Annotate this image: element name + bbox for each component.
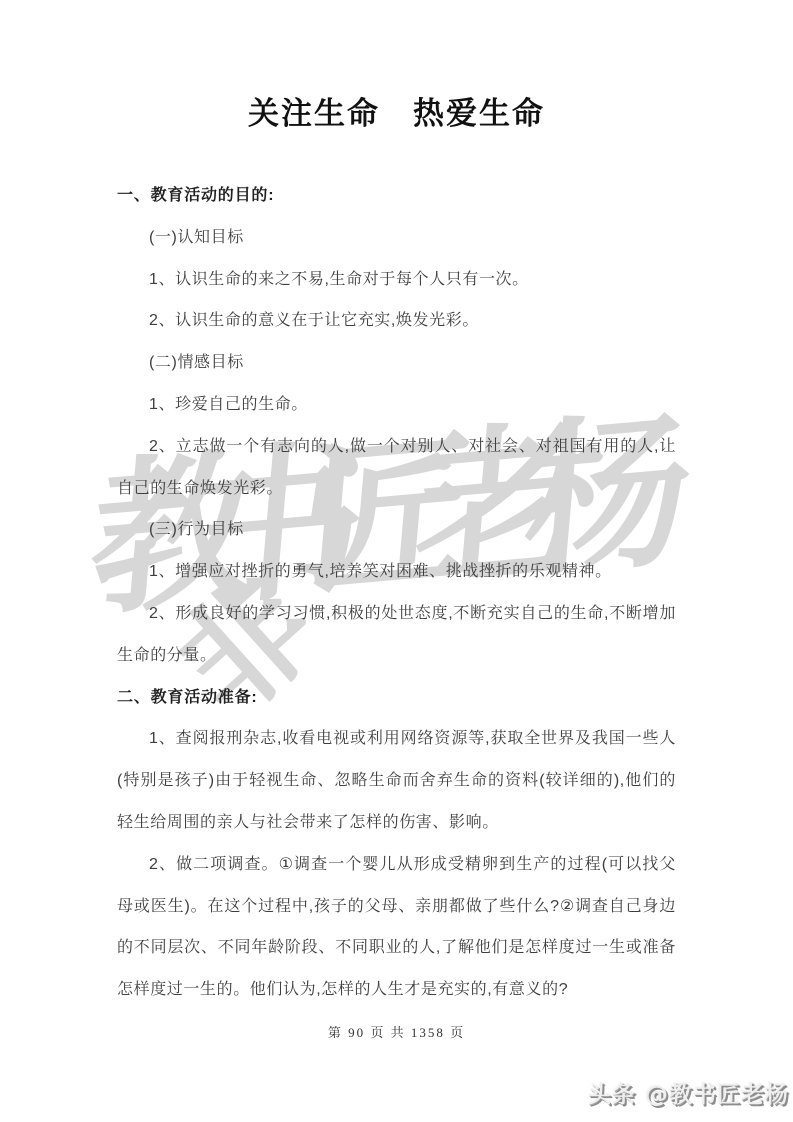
paragraph: 1、珍爱自己的生命。 [117,384,676,426]
paragraph: 2、认识生命的意义在于让它充实,焕发光彩。 [117,300,676,342]
paragraph: (三)行为目标 [117,509,676,551]
paragraph: 2、形成良好的学习习惯,积极的处世态度,不断充实自己的生命,不断增加生命的分量。 [117,593,676,677]
paragraph: 1、查阅报刑杂志,收看电视或利用网络资源等,获取全世界及我国一些人(特别是孩子)… [117,718,676,843]
paragraph: (一)认知目标 [117,217,676,259]
paragraph: 1、增强应对挫折的勇气,培养笑对困难、挑战挫折的乐观精神。 [117,551,676,593]
paragraph: 2、立志做一个有志向的人,做一个对别人、对社会、对祖国有用的人,让自己的生命焕发… [117,426,676,510]
paragraph: 1、认识生命的来之不易,生命对于每个人只有一次。 [117,259,676,301]
document-body: 一、教育活动的目的:(一)认知目标1、认识生命的来之不易,生命对于每个人只有一次… [117,175,676,1011]
paragraph: (二)情感目标 [117,342,676,384]
section-heading: 二、教育活动准备: [117,677,676,719]
page-number: 第 90 页 共 1358 页 [0,1022,793,1041]
section-heading: 一、教育活动的目的: [117,175,676,217]
paragraph: 2、做二项调查。①调查一个婴儿从形成受精卵到生产的过程(可以找父母或医生)。在这… [117,844,676,1011]
corner-watermark: 头条 @教书匠老杨 [588,1076,789,1109]
document-page: 教书匠老杨 非 关注生命 热爱生命 一、教育活动的目的:(一)认知目标1、认识生… [0,0,793,1122]
page-title: 关注生命 热爱生命 [0,88,793,133]
